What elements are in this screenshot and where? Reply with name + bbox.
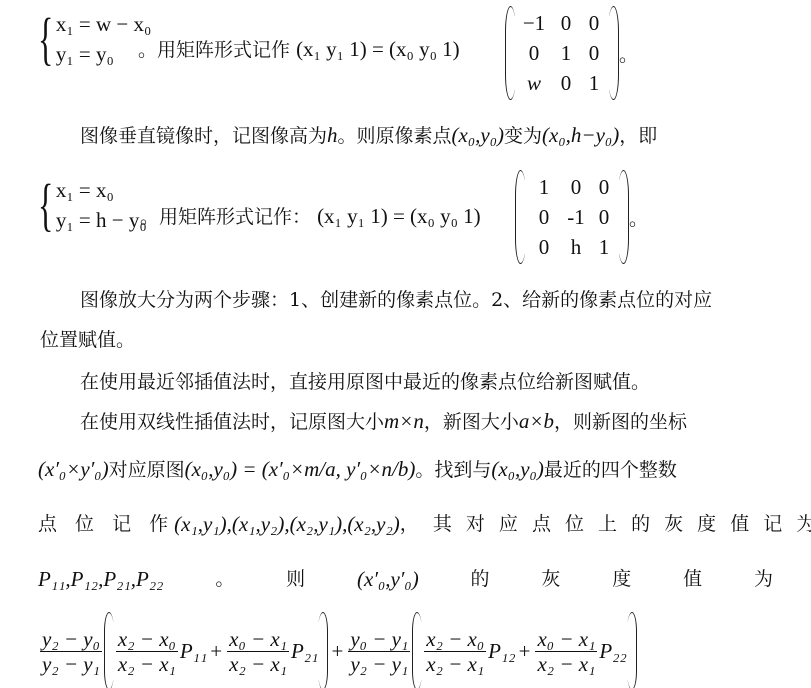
math-new-point: (x′₀,y′₀) [357,567,419,591]
text: ，即 [619,125,657,147]
text: ，则新图的坐标 [554,411,687,433]
matrix-cell: 0 [526,204,562,230]
numerator: x₀ − x₁ [535,627,597,651]
paragraph-bilinear-line-1: 在使用双线性插值法时，记原图大小m×n，新图大小a×b，则新图的坐标 [80,409,687,434]
matrix-form-line-1: 。用矩阵形式记作 (x₁ y₁ 1) = (x₀ y₀ 1) [138,37,460,62]
matrix-form-label: 。用矩阵形式记作： [140,206,311,228]
matrix-cell: 0 [562,174,590,200]
paragraph-nearest-neighbor: 在使用最近邻插值法时，直接用原图中最近的像素点位给新图赋值。 [80,370,650,394]
matrix-cell: 0 [552,10,580,36]
math-four-points: (x₁,y₁),(x₁,y₂),(x₂,y₁),(x₂,y₂) [174,512,400,536]
right-paren [608,6,619,100]
math-gray-values: P₁₁,P₁₂,P₂₁,P₂₂ [38,567,163,591]
matrix-form-label: 。用矩阵形式记作 [138,39,290,61]
text: 值 [683,567,702,591]
matrix-cell: −1 [516,10,552,36]
left-paren [104,612,114,688]
paragraph-bilinear-line-4: P₁₁,P₁₂,P₂₁,P₂₂ 。 则 (x′₀,y′₀) 的 灰 度 值 为 [38,567,773,591]
denominator: y₂ − y₁ [348,652,410,676]
fraction: x₂ − x₀x₂ − x₁ [424,627,486,676]
text: 。找到与 [415,459,491,481]
numerator: x₂ − x₀ [116,627,178,651]
matrix-cell: 1 [590,234,618,260]
math-mapping: (x₀,y₀) = (x′₀×m/a, y′₀×n/b) [185,457,416,481]
matrix-cell: 0 [516,40,552,66]
equation-x1: x₁ = w − x₀ [56,12,152,36]
matrix-cell: 0 [580,10,608,36]
left-brace: { [38,176,53,234]
fraction: y₂ − y₀y₂ − y₁ [40,627,102,676]
matrix-cell: 1 [552,40,580,66]
matrix-lhs: (x₁ y₁ 1) = (x₀ y₀ 1) [317,204,481,228]
matrix-cell: 0 [590,204,618,230]
p22: P₂₂ [599,639,626,664]
matrix-cell: 0 [580,40,608,66]
text: 的 [471,567,490,591]
text: 为 [754,567,773,591]
math-new-coord: (x′₀×y′₀) [38,457,109,481]
fraction: x₀ − x₁x₂ − x₁ [535,627,597,676]
equation-x1: x₁ = x₀ [56,178,147,202]
matrix-cell: 0 [526,234,562,260]
matrix-cell: w [516,70,552,96]
plus: + [210,639,222,664]
matrix-vertical-mirror: 1 0 0 0 -1 0 0 h 1 。 [515,170,648,264]
math-point: (x₀,h−y₀) [542,123,619,147]
text: 点 位 记 作 [38,512,174,536]
p11: P₁₁ [180,639,207,664]
text: 则 [286,567,305,591]
fraction: x₀ − x₁x₂ − x₁ [227,627,289,676]
matrix-cell: 0 [590,174,618,200]
denominator: y₂ − y₁ [40,652,102,676]
right-paren [318,612,328,688]
period: 。 [629,204,648,231]
plus: + [331,639,343,664]
paragraph-vertical-mirror: 图像垂直镜像时，记图像高为h。则原像素点(x₀,y₀)变为(x₀,h−y₀)，即 [80,123,657,148]
text: 灰 [541,567,560,591]
left-paren [515,170,526,264]
math-point: (x₀,y₀) [452,123,504,147]
denominator: x₂ − x₁ [535,652,597,676]
text: 变为 [504,125,542,147]
math-mxn: m×n [384,409,424,433]
matrix-form-line-2: 。用矩阵形式记作： (x₁ y₁ 1) = (x₀ y₀ 1) [140,204,481,229]
equation-system-horizontal: { x₁ = w − x₀ y₁ = y₀ [38,10,151,68]
paragraph-enlarge-line-2: 位置赋值。 [40,328,135,352]
plus: + [519,639,531,664]
left-brace: { [38,10,53,68]
left-paren [412,612,422,688]
numerator: y₀ − y₁ [348,627,410,651]
matrix-horizontal-mirror: −1 0 0 0 1 0 w 0 1 。 [505,6,638,100]
matrix-cell: h [562,234,590,260]
text: ， 其 对 应 点 位 上 的 灰 度 值 记 为 [400,512,811,536]
equation-y1: y₁ = h − y₀ [56,208,147,232]
matrix-lhs: (x₁ y₁ 1) = (x₀ y₀ 1) [296,37,460,61]
numerator: x₂ − x₀ [424,627,486,651]
numerator: y₂ − y₀ [40,627,102,651]
math-point: (x₀,y₀) [491,457,543,481]
matrix-cell: 1 [526,174,562,200]
paragraph-enlarge-line-1: 图像放大分为两个步骤：1、创建新的像素点位。2、给新的像素点位的对应 [80,288,712,312]
period: 。 [619,40,638,67]
math-h: h [327,123,338,147]
text: 度 [612,567,631,591]
denominator: x₂ − x₁ [116,652,178,676]
text: 对应原图 [109,459,185,481]
fraction: x₂ − x₀x₂ − x₁ [116,627,178,676]
text: 。则原像素点 [338,125,452,147]
paragraph-bilinear-line-3: 点 位 记 作 (x₁,y₁),(x₁,y₂),(x₂,y₁),(x₂,y₂) … [38,512,773,536]
denominator: x₂ − x₁ [227,652,289,676]
right-paren [618,170,629,264]
p21: P₂₁ [291,639,318,664]
p12: P₁₂ [488,639,515,664]
math-axb: a×b [519,409,554,433]
left-paren [505,6,516,100]
right-paren [627,612,637,688]
text: 最近的四个整数 [544,459,677,481]
numerator: x₀ − x₁ [227,627,289,651]
denominator: x₂ − x₁ [424,652,486,676]
fraction: y₀ − y₁y₂ − y₁ [348,627,410,676]
bilinear-formula: y₂ − y₀y₂ − y₁ x₂ − x₀x₂ − x₁ P₁₁ + x₀ −… [38,612,637,688]
equation-system-vertical: { x₁ = x₀ y₁ = h − y₀ [38,176,147,234]
text: 。 [215,567,234,591]
text: 图像垂直镜像时，记图像高为 [80,125,327,147]
text: ，新图大小 [424,411,519,433]
paragraph-bilinear-line-2: (x′₀×y′₀)对应原图(x₀,y₀) = (x′₀×m/a, y′₀×n/b… [38,457,677,482]
matrix-cell: 0 [552,70,580,96]
text: 在使用双线性插值法时，记原图大小 [80,411,384,433]
matrix-cell: -1 [562,204,590,230]
matrix-cell: 1 [580,70,608,96]
